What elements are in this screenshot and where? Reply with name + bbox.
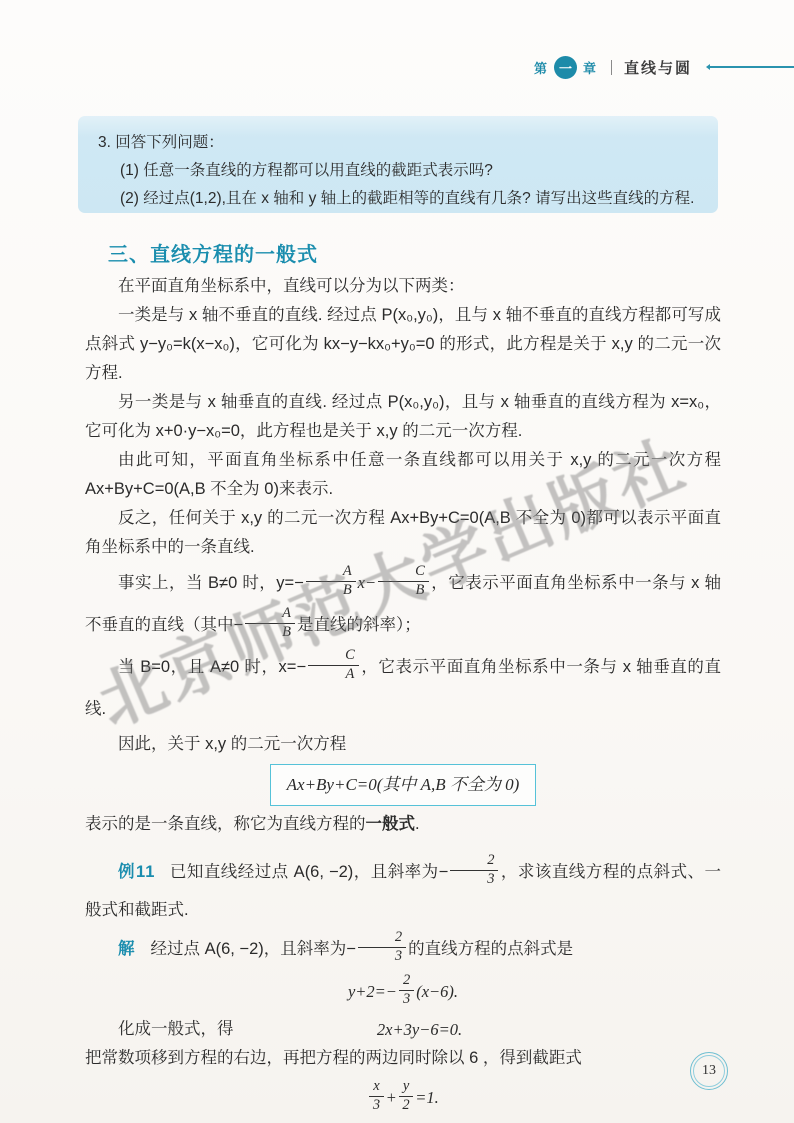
general-name-pre: 表示的是一条直线，称它为直线方程的 bbox=[85, 815, 366, 833]
equation-general: 2x+3y−6=0. bbox=[344, 1015, 462, 1044]
example-seg1: 已知直线经过点 A(6, −2)，且斜率为− bbox=[169, 863, 448, 881]
fraction-slope-a-over-b: AB bbox=[245, 606, 295, 641]
eq3-post: =1. bbox=[415, 1088, 439, 1107]
chapter-suffix: 章 bbox=[583, 58, 597, 77]
fraction-c-over-a: CA bbox=[308, 648, 359, 683]
solution-seg2: 的直线方程的点斜式是 bbox=[408, 940, 573, 958]
paragraph-b-nonzero: 事实上，当 B≠0 时，y=−ABx−CB，它表示平面直角坐标系中一条与 x 轴… bbox=[85, 562, 721, 646]
general-name-post: . bbox=[415, 815, 420, 833]
equation-intercept: x3+y2=1. bbox=[85, 1073, 721, 1123]
section-title: 三、直线方程的一般式 bbox=[108, 238, 318, 267]
header-rule bbox=[708, 66, 794, 68]
body-text: 在平面直角坐标系中，直线可以分为以下两类： 一类是与 x 轴不垂直的直线. 经过… bbox=[85, 272, 721, 1123]
chapter-header: 第 一 章 直线与圆 bbox=[534, 54, 794, 80]
example-label: 例11 bbox=[118, 863, 155, 881]
fraction-eq1: 23 bbox=[399, 973, 414, 1008]
fraction-two-thirds-solution: 23 bbox=[358, 930, 406, 965]
b-nonzero-seg2: x− bbox=[358, 573, 376, 592]
paragraph-general-claim: 由此可知，平面直角坐标系中任意一条直线都可以用关于 x,y 的二元一次方程 Ax… bbox=[85, 446, 721, 504]
header-divider bbox=[611, 60, 612, 75]
eq1-pre: y+2=− bbox=[348, 982, 397, 1001]
exercise-question-2: (2) 经过点(1,2),且在 x 轴和 y 轴上的截距相等的直线有几条? 请写… bbox=[98, 185, 698, 213]
fraction-c-over-b: CB bbox=[378, 564, 429, 599]
page-number-badge: 13 bbox=[690, 1052, 728, 1090]
step-general-label: 化成一般式，得 bbox=[118, 1020, 234, 1038]
chapter-number-badge: 一 bbox=[554, 56, 577, 79]
chapter-title: 直线与圆 bbox=[624, 57, 692, 78]
solution-label: 解 bbox=[118, 940, 135, 958]
example-paragraph: 例11已知直线经过点 A(6, −2)，且斜率为−23，求该直线方程的点斜式、一… bbox=[85, 853, 721, 929]
paragraph-line-type1: 一类是与 x 轴不垂直的直线. 经过点 P(x₀,y₀)，且与 x 轴不垂直的直… bbox=[85, 301, 721, 388]
b-zero-seg1: 当 B=0，且 A≠0 时，x=− bbox=[118, 658, 306, 676]
exercise-line-number: 3. 回答下列问题： bbox=[98, 129, 698, 157]
paragraph-general-name: 表示的是一条直线，称它为直线方程的一般式. bbox=[85, 810, 721, 839]
fraction-x-over-3: x3 bbox=[369, 1079, 383, 1114]
eq3-plus: + bbox=[386, 1088, 397, 1107]
general-form-box: Ax+By+C=0(其中 A,B 不全为 0) bbox=[270, 764, 537, 806]
paragraph-intro: 在平面直角坐标系中，直线可以分为以下两类： bbox=[85, 272, 721, 301]
spacer bbox=[85, 839, 721, 853]
exercise-box: 3. 回答下列问题： (1) 任意一条直线的方程都可以用直线的截距式表示吗? (… bbox=[78, 116, 718, 213]
eq1-post: (x−6). bbox=[416, 982, 458, 1001]
fraction-a-over-b: AB bbox=[306, 564, 356, 599]
chapter-number: 一 bbox=[559, 58, 572, 77]
paragraph-b-zero: 当 B=0，且 A≠0 时，x=−CA，它表示平面直角坐标系中一条与 x 轴垂直… bbox=[85, 646, 721, 730]
general-name-term: 一般式 bbox=[366, 815, 416, 833]
textbook-page: 第 一 章 直线与圆 3. 回答下列问题： (1) 任意一条直线的方程都可以用直… bbox=[0, 0, 794, 1123]
equation-point-slope: y+2=−23(x−6). bbox=[85, 969, 721, 1015]
solution-paragraph: 解经过点 A(6, −2)，且斜率为−23的直线方程的点斜式是 bbox=[85, 929, 721, 969]
general-form-step: 化成一般式，得2x+3y−6=0. bbox=[85, 1015, 721, 1044]
exercise-question-1: (1) 任意一条直线的方程都可以用直线的截距式表示吗? bbox=[98, 157, 698, 185]
paragraph-line-type2: 另一类是与 x 轴垂直的直线. 经过点 P(x₀,y₀)，且与 x 轴垂直的直线… bbox=[85, 388, 721, 446]
b-nonzero-seg1: 事实上，当 B≠0 时，y=− bbox=[118, 574, 304, 592]
solution-seg1: 经过点 A(6, −2)，且斜率为− bbox=[151, 940, 356, 958]
fraction-two-thirds: 23 bbox=[450, 853, 498, 888]
paragraph-therefore: 因此，关于 x,y 的二元一次方程 bbox=[85, 730, 721, 759]
fraction-y-over-2: y2 bbox=[399, 1079, 413, 1114]
chapter-prefix: 第 bbox=[534, 58, 548, 77]
general-form-row: Ax+By+C=0(其中 A,B 不全为 0) bbox=[85, 764, 721, 806]
page-number: 13 bbox=[693, 1055, 725, 1087]
paragraph-converse: 反之，任何关于 x,y 的二元一次方程 Ax+By+C=0(A,B 不全为 0)… bbox=[85, 504, 721, 562]
step-intercept-text: 把常数项移到方程的右边，再把方程的两边同时除以 6 ，得到截距式 bbox=[85, 1044, 721, 1073]
b-nonzero-seg4: 是直线的斜率）； bbox=[297, 616, 421, 634]
